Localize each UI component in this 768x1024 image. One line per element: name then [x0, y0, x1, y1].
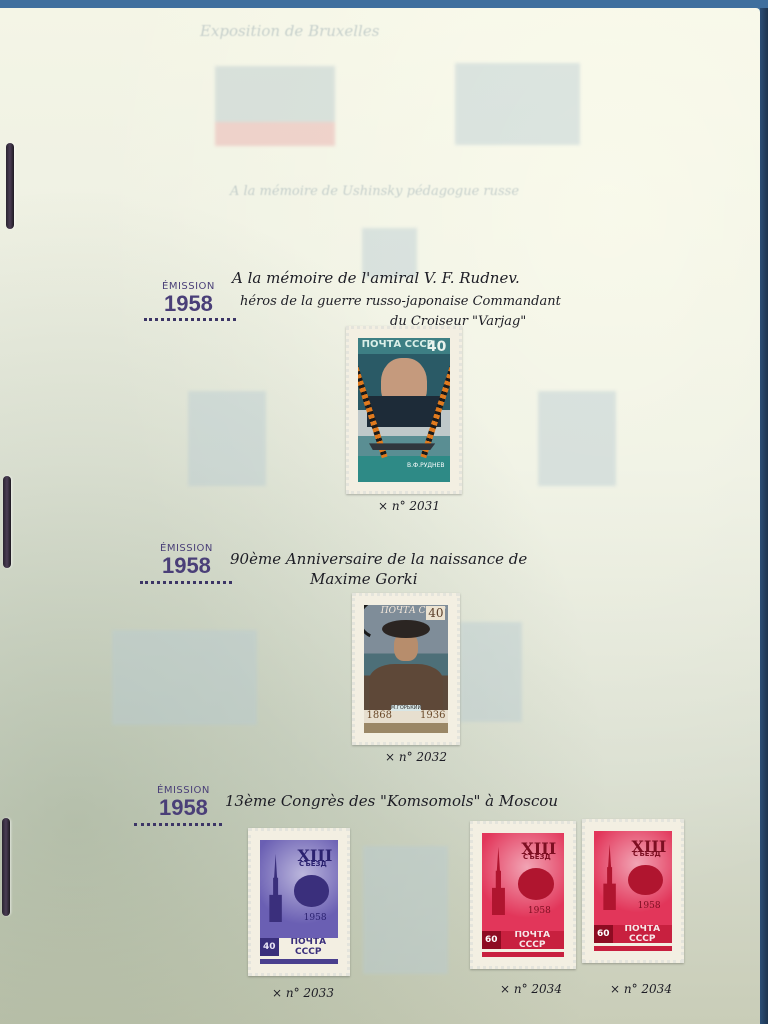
stamp-artwork: ПОЧТА СССР 40 М.ГОРЬКИЙ 1868 1936 [364, 605, 448, 733]
stamp-country: ПОЧТА СССР [279, 937, 338, 957]
binder-hole [6, 143, 14, 229]
bleed-through-stamp [112, 630, 257, 725]
stamp-country: ПОЧТА СССР [613, 924, 672, 944]
stamp-footer: 40 ПОЧТА СССР [260, 938, 338, 956]
komsomol-badge-icon [294, 875, 328, 906]
birth-year: 1868 [367, 710, 392, 721]
stamp-stripe [260, 959, 338, 964]
bleed-through-stamp [363, 846, 448, 974]
stamp-artwork: XIII СЪЕЗД 1958 60 ПОЧТА СССР [482, 833, 564, 957]
stamp-country: ПОЧТА СССР [362, 339, 434, 350]
stamp-footer: 60 ПОЧТА СССР [482, 931, 564, 949]
stamp-artwork: XIII СЪЕЗД 1958 60 ПОЧТА СССР [594, 831, 672, 951]
dotted-leader [134, 823, 222, 826]
emission-stamp-mark: ÉMISSION 1958 [162, 282, 215, 315]
stamp-footer: 60 ПОЧТА СССР [594, 925, 672, 943]
caption-line: A la mémoire de l'amiral V. F. Rudnev. [232, 270, 520, 287]
catalog-number: × n° 2033 [272, 986, 334, 1000]
life-years: 1868 1936 [367, 710, 446, 721]
caption-line: 90ème Anniversaire de la naissance de [230, 551, 527, 568]
stamp-gorki: ПОЧТА СССР 40 М.ГОРЬКИЙ 1868 1936 [352, 593, 460, 745]
kremlin-tower-icon [269, 854, 281, 923]
bleed-through-stamp [215, 66, 335, 146]
emission-year: 1958 [162, 293, 215, 315]
stamp-year: 1958 [638, 901, 661, 911]
catalog-number: × n° 2034 [610, 982, 672, 996]
stamp-artwork: XIII СЪЕЗД 1958 40 ПОЧТА СССР [260, 840, 338, 964]
stamp-year: 1958 [304, 913, 327, 923]
stamp-stripe [594, 946, 672, 951]
stamp-country: ПОЧТА СССР [501, 930, 564, 950]
section-caption: héros de la guerre russo-japonaise Comma… [240, 293, 561, 310]
stamp-rudnev: ПОЧТА СССР 40 В.Ф.РУДНЕВ [346, 326, 462, 494]
stamp-artwork: ПОЧТА СССР 40 В.Ф.РУДНЕВ [358, 338, 450, 482]
section-caption: A la mémoire de l'amiral V. F. Rudnev. [232, 270, 520, 287]
catalog-number: × n° 2031 [378, 499, 440, 513]
stamp-komsomol-60: XIII СЪЕЗД 1958 60 ПОЧТА СССР [582, 819, 684, 963]
binder-hole [2, 818, 10, 916]
kremlin-tower-icon [603, 844, 615, 910]
binder-edge [760, 8, 768, 1024]
emission-year: 1958 [160, 555, 213, 577]
stamp-komsomol-40: XIII СЪЕЗД 1958 40 ПОЧТА СССР [248, 828, 350, 976]
section-caption: Maxime Gorki [310, 571, 418, 588]
emission-stamp-mark: ÉMISSION 1958 [160, 544, 213, 577]
emission-stamp-mark: ÉMISSION 1958 [157, 786, 210, 819]
section-caption: 13ème Congrès des "Komsomols" à Moscou [225, 793, 558, 810]
stamp-year: 1958 [528, 906, 551, 916]
stamp-panel: XIII СЪЕЗД 1958 [260, 840, 338, 938]
komsomol-badge-icon [628, 865, 662, 895]
binder-hole [3, 476, 11, 568]
bleed-through-stamp [538, 391, 616, 486]
caption-line: Maxime Gorki [310, 571, 418, 588]
congress-label: СЪЕЗД [299, 860, 327, 868]
stamp-name: В.Ф.РУДНЕВ [407, 462, 444, 469]
congress-label: СЪЕЗД [523, 853, 551, 861]
dotted-leader [140, 581, 232, 584]
stamp-panel: XIII СЪЕЗД 1958 [482, 833, 564, 931]
bleed-through-heading: A la mémoire de Ushinsky pédagogue russe [230, 184, 519, 199]
bleed-through-stamp [460, 622, 522, 722]
bleed-through-heading: Exposition de Bruxelles [200, 22, 379, 40]
portrait-coat [369, 664, 443, 710]
portrait-uniform [367, 396, 441, 428]
catalog-number: × n° 2034 [500, 982, 562, 996]
stamp-panel: XIII СЪЕЗД 1958 [594, 831, 672, 925]
stamp-value: 60 [482, 931, 501, 949]
stamp-value: 40 [426, 606, 445, 620]
stamp-komsomol-60: XIII СЪЕЗД 1958 60 ПОЧТА СССР [470, 821, 576, 969]
catalog-number: × n° 2032 [385, 750, 447, 764]
stamp-value: 40 [260, 938, 279, 956]
section-caption: 90ème Anniversaire de la naissance de [230, 551, 527, 568]
dotted-leader [144, 318, 236, 321]
bleed-through-stamp [455, 63, 580, 145]
komsomol-badge-icon [518, 868, 554, 899]
emission-year: 1958 [157, 797, 210, 819]
stamp-value: 40 [427, 339, 446, 355]
album-page: Exposition de Bruxelles A la mémoire de … [0, 8, 760, 1024]
stamp-stripe [482, 952, 564, 957]
kremlin-tower-icon [492, 847, 505, 916]
congress-label: СЪЕЗД [633, 850, 661, 858]
bleed-through-stamp [188, 391, 266, 486]
caption-line: héros de la guerre russo-japonaise Comma… [240, 293, 561, 310]
death-year: 1936 [420, 710, 445, 721]
caption-line: 13ème Congrès des "Komsomols" à Moscou [225, 793, 558, 810]
stamp-value: 60 [594, 925, 613, 943]
